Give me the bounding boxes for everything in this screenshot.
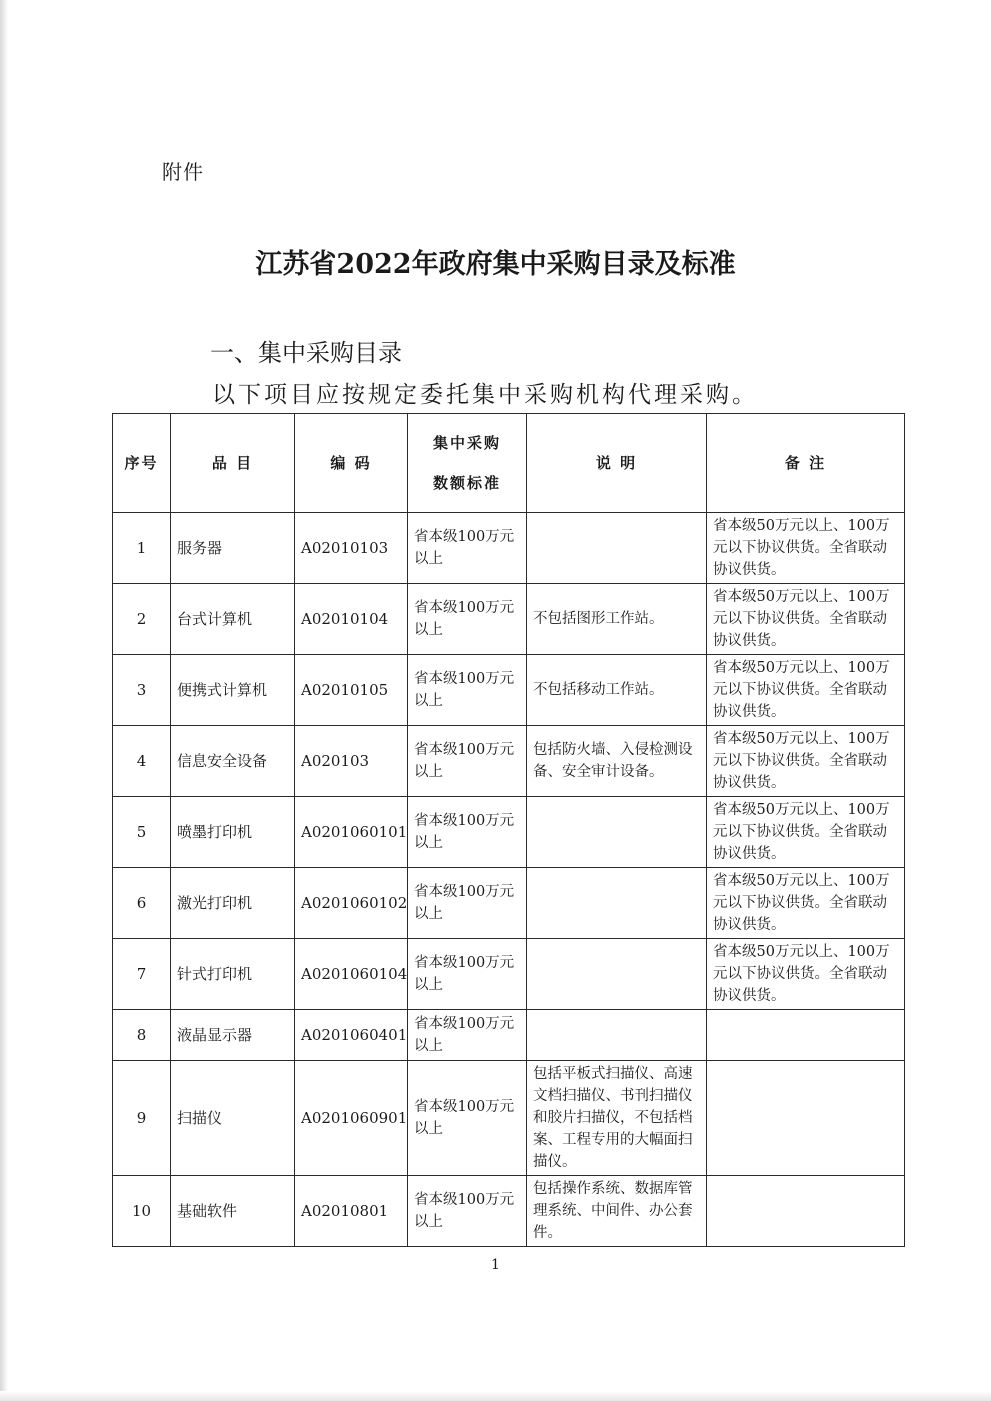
cell-note: 省本级50万元以上、100万元以下协议供货。全省联动协议供货。 — [707, 868, 905, 939]
cell-code: A020103 — [295, 726, 408, 797]
table-row: 3 便携式计算机 A02010105 省本级100万元以上 不包括移动工作站。 … — [113, 655, 905, 726]
cell-no: 10 — [113, 1176, 171, 1247]
cell-standard: 省本级100万元以上 — [408, 1061, 527, 1176]
header-note: 备 注 — [707, 414, 905, 513]
cell-code: A02010801 — [295, 1176, 408, 1247]
cell-name: 台式计算机 — [171, 584, 295, 655]
cell-note — [707, 1010, 905, 1061]
cell-standard: 省本级100万元以上 — [408, 939, 527, 1010]
cell-code: A02010105 — [295, 655, 408, 726]
cell-standard: 省本级100万元以上 — [408, 797, 527, 868]
scan-edge-bottom — [0, 1391, 991, 1401]
header-standard-line1: 集中采购 — [414, 423, 520, 463]
cell-standard: 省本级100万元以上 — [408, 726, 527, 797]
header-description: 说 明 — [527, 414, 707, 513]
cell-description: 包括平板式扫描仪、高速文档扫描仪、书刊扫描仪和胶片扫描仪，不包括档案、工程专用的… — [527, 1061, 707, 1176]
cell-description — [527, 513, 707, 584]
cell-no: 7 — [113, 939, 171, 1010]
scan-edge-left — [0, 0, 8, 1401]
cell-description — [527, 797, 707, 868]
document-title: 江苏省2022年政府集中采购目录及标准 — [0, 242, 991, 281]
cell-description: 包括操作系统、数据库管理系统、中间件、办公套件。 — [527, 1176, 707, 1247]
table-row: 9 扫描仪 A0201060901 省本级100万元以上 包括平板式扫描仪、高速… — [113, 1061, 905, 1176]
cell-standard: 省本级100万元以上 — [408, 655, 527, 726]
cell-standard: 省本级100万元以上 — [408, 1010, 527, 1061]
page-number: 1 — [0, 1257, 991, 1273]
header-code: 编 码 — [295, 414, 408, 513]
table-header-row: 序号 品 目 编 码 集中采购 数额标准 说 明 备 注 — [113, 414, 905, 513]
cell-code: A02010103 — [295, 513, 408, 584]
cell-code: A0201060101 — [295, 797, 408, 868]
attachment-label: 附件 — [162, 156, 204, 185]
cell-no: 2 — [113, 584, 171, 655]
cell-code: A0201060401 — [295, 1010, 408, 1061]
cell-name: 激光打印机 — [171, 868, 295, 939]
cell-note — [707, 1176, 905, 1247]
cell-description: 不包括图形工作站。 — [527, 584, 707, 655]
cell-code: A0201060102 — [295, 868, 408, 939]
cell-description: 包括防火墙、入侵检测设备、安全审计设备。 — [527, 726, 707, 797]
cell-code: A0201060104 — [295, 939, 408, 1010]
cell-name: 基础软件 — [171, 1176, 295, 1247]
header-standard: 集中采购 数额标准 — [408, 414, 527, 513]
cell-note: 省本级50万元以上、100万元以下协议供货。全省联动协议供货。 — [707, 939, 905, 1010]
cell-name: 信息安全设备 — [171, 726, 295, 797]
table-row: 5 喷墨打印机 A0201060101 省本级100万元以上 省本级50万元以上… — [113, 797, 905, 868]
cell-no: 1 — [113, 513, 171, 584]
cell-name: 扫描仪 — [171, 1061, 295, 1176]
cell-standard: 省本级100万元以上 — [408, 584, 527, 655]
table-row: 1 服务器 A02010103 省本级100万元以上 省本级50万元以上、100… — [113, 513, 905, 584]
cell-note — [707, 1061, 905, 1176]
cell-note: 省本级50万元以上、100万元以下协议供货。全省联动协议供货。 — [707, 726, 905, 797]
cell-no: 3 — [113, 655, 171, 726]
cell-no: 9 — [113, 1061, 171, 1176]
intro-paragraph: 以下项目应按规定委托集中采购机构代理采购。 — [212, 376, 758, 409]
cell-note: 省本级50万元以上、100万元以下协议供货。全省联动协议供货。 — [707, 584, 905, 655]
cell-name: 喷墨打印机 — [171, 797, 295, 868]
header-standard-line2: 数额标准 — [414, 463, 520, 503]
cell-standard: 省本级100万元以上 — [408, 868, 527, 939]
header-name: 品 目 — [171, 414, 295, 513]
cell-no: 8 — [113, 1010, 171, 1061]
section-heading: 一、集中采购目录 — [210, 333, 402, 368]
header-no: 序号 — [113, 414, 171, 513]
cell-description — [527, 939, 707, 1010]
table-row: 10 基础软件 A02010801 省本级100万元以上 包括操作系统、数据库管… — [113, 1176, 905, 1247]
cell-code: A0201060901 — [295, 1061, 408, 1176]
table-row: 8 液晶显示器 A0201060401 省本级100万元以上 — [113, 1010, 905, 1061]
cell-no: 6 — [113, 868, 171, 939]
cell-name: 针式打印机 — [171, 939, 295, 1010]
table-row: 7 针式打印机 A0201060104 省本级100万元以上 省本级50万元以上… — [113, 939, 905, 1010]
cell-name: 便携式计算机 — [171, 655, 295, 726]
cell-name: 服务器 — [171, 513, 295, 584]
cell-name: 液晶显示器 — [171, 1010, 295, 1061]
cell-note: 省本级50万元以上、100万元以下协议供货。全省联动协议供货。 — [707, 655, 905, 726]
cell-no: 4 — [113, 726, 171, 797]
cell-standard: 省本级100万元以上 — [408, 1176, 527, 1247]
table-row: 6 激光打印机 A0201060102 省本级100万元以上 省本级50万元以上… — [113, 868, 905, 939]
cell-description — [527, 1010, 707, 1061]
procurement-catalog-table: 序号 品 目 编 码 集中采购 数额标准 说 明 备 注 1 服务器 A0201… — [112, 413, 905, 1247]
cell-code: A02010104 — [295, 584, 408, 655]
table-row: 2 台式计算机 A02010104 省本级100万元以上 不包括图形工作站。 省… — [113, 584, 905, 655]
cell-description — [527, 868, 707, 939]
cell-note: 省本级50万元以上、100万元以下协议供货。全省联动协议供货。 — [707, 797, 905, 868]
cell-no: 5 — [113, 797, 171, 868]
cell-note: 省本级50万元以上、100万元以下协议供货。全省联动协议供货。 — [707, 513, 905, 584]
table-row: 4 信息安全设备 A020103 省本级100万元以上 包括防火墙、入侵检测设备… — [113, 726, 905, 797]
cell-standard: 省本级100万元以上 — [408, 513, 527, 584]
cell-description: 不包括移动工作站。 — [527, 655, 707, 726]
